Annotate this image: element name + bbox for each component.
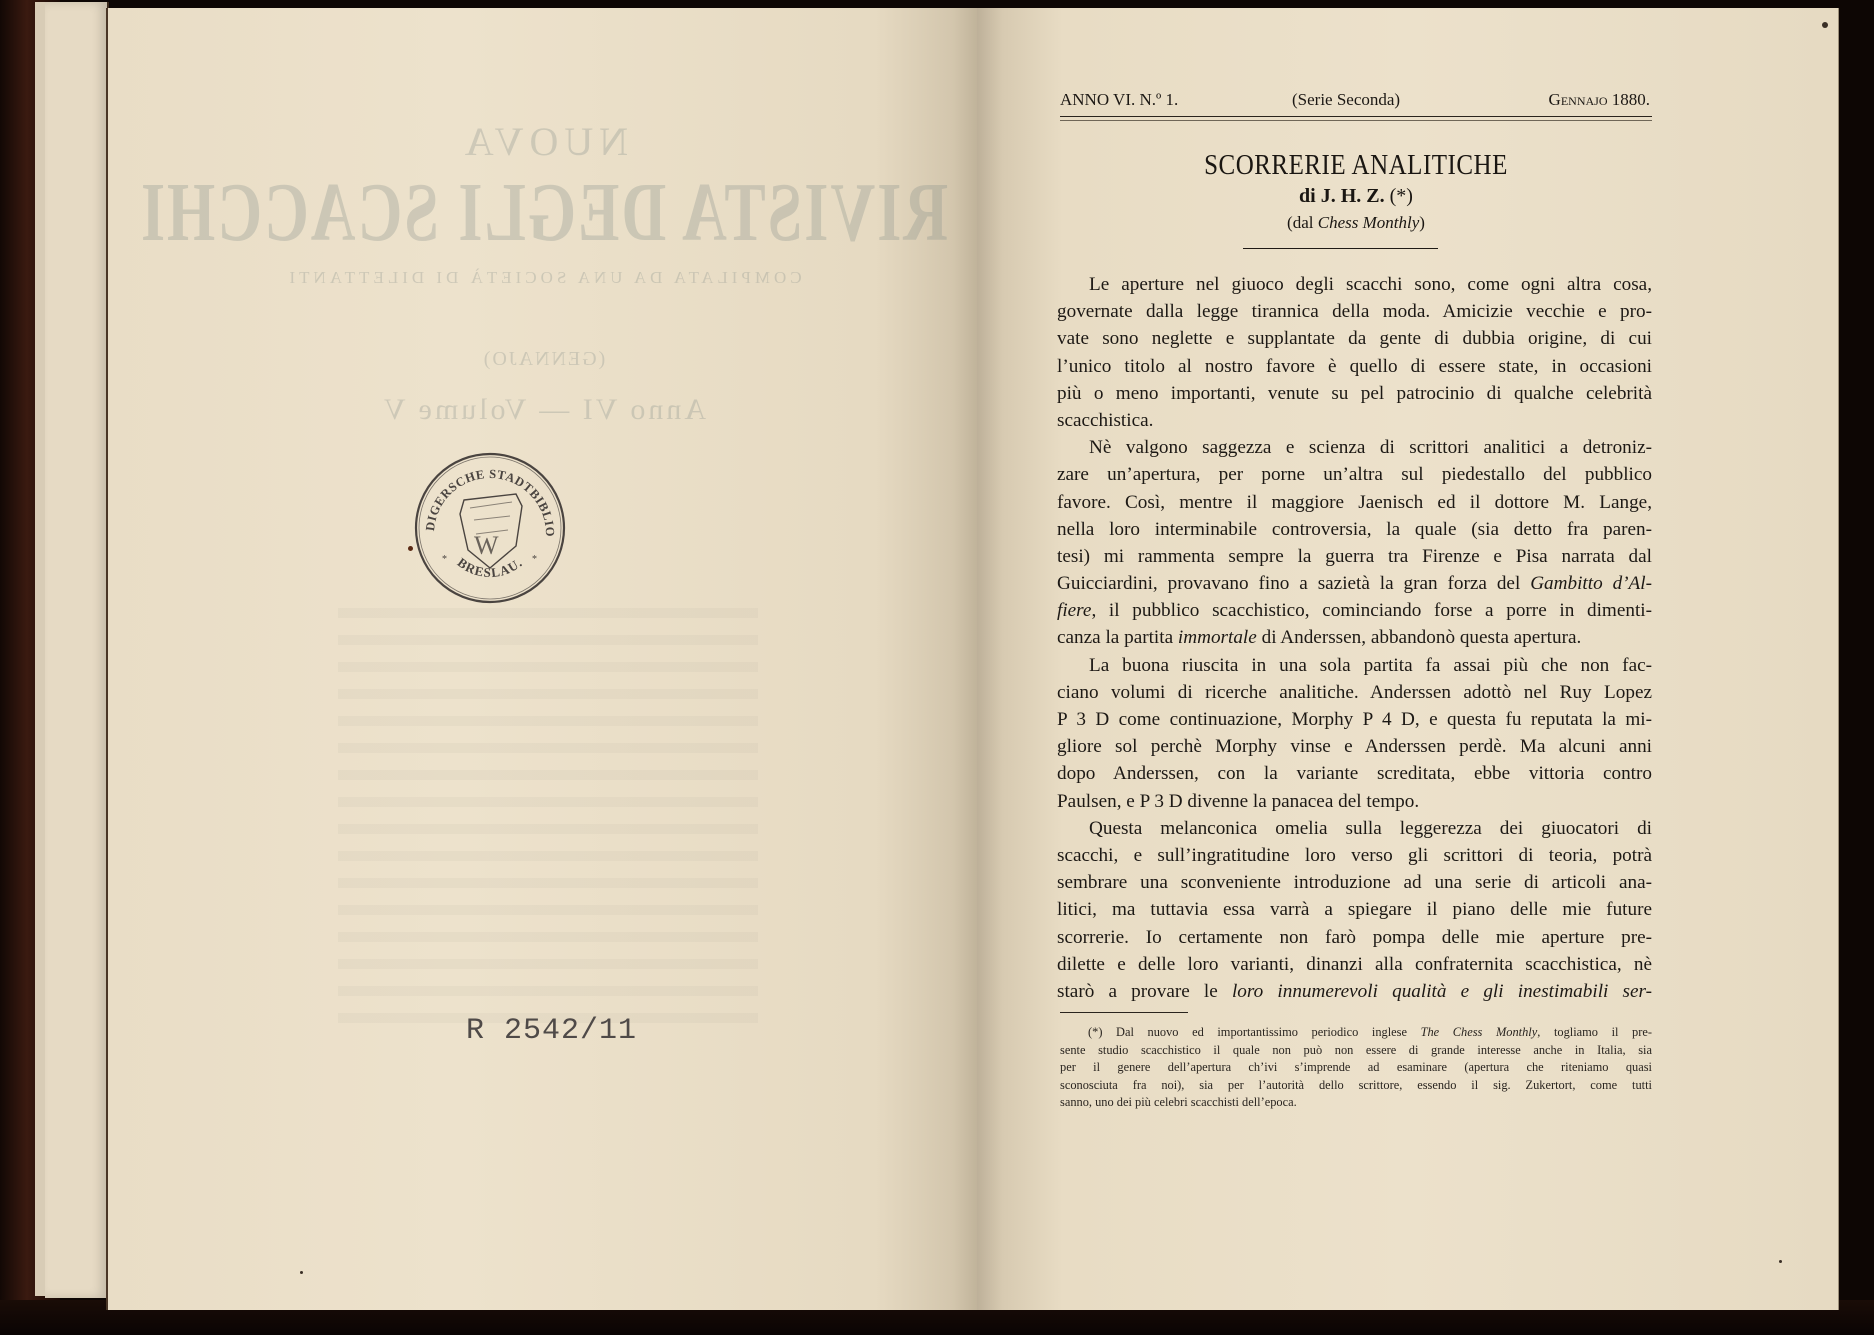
body-line: tesi) mi rammenta sempre la guerra tra F… [1057,543,1652,570]
show-through-line: COMPILATA DA UNA SOCIETÀ DI DILETTANTI [108,268,979,288]
body-line: l’unico titolo al nostro favore è quello… [1057,353,1652,380]
source-prefix: (dal [1287,213,1318,232]
series-label: (Serie Seconda) [1292,90,1400,110]
paper-speck [300,1271,303,1274]
body-line: scacchistica. [1057,407,1652,434]
paper-speck [1779,1260,1782,1263]
issue-date: Gennajo 1880. [1549,90,1650,110]
body-line: dilette e delle loro varianti, dinanzi a… [1057,951,1652,978]
body-line: zare un’apertura, per porne un’altra sul… [1057,461,1652,488]
show-through-line: Anno VI — Volume V [108,393,979,427]
body-line: starò a provare le loro innumerevoli qua… [1057,978,1652,1005]
header-rule [1060,116,1652,117]
body-italic: loro innumerevoli qualità e gli inestima… [1232,981,1652,1002]
issue-number: ANNO VI. N.º 1. [1060,90,1178,110]
body-text: canza la partita [1057,627,1178,648]
footnote-line: per il genere dell’apertura ch’ivi s’imp… [1060,1059,1652,1077]
body-text: starò a provare le [1057,981,1232,1002]
body-line: litici, ma tuttavia essa varrà a spiegar… [1057,896,1652,923]
svg-text:*: * [442,554,447,565]
show-through-text-block [338,608,758,1038]
article-title: SCORRERIE ANALITICHE [1060,150,1652,181]
footnote-mark: (*) [1390,185,1413,207]
show-through-line: RIVISTA DEGLI SCACCHI [108,166,979,262]
footnote: (*) Dal nuovo ed importantissimo periodi… [1060,1024,1652,1112]
body-line: sembrare una sconveniente introduzione a… [1057,869,1652,896]
body-line: scorrerie. Io certamente non farò pompa … [1057,924,1652,951]
body-text: di Anderssen, abbandonò questa apertura. [1257,627,1582,648]
library-stamp: V. REHDIGERSCHE STADTBIBLIOTHEK BRESLAU.… [412,450,568,606]
body-line: favore. Così, mentre il maggiore Jaenisc… [1057,489,1652,516]
svg-text:*: * [532,554,537,565]
body-line: Nè valgono saggezza e scienza di scritto… [1057,434,1652,461]
header-rule [1060,120,1652,121]
svg-text:V. REHDIGERSCHE STADTBIBLIOTHE: V. REHDIGERSCHE STADTBIBLIOTHEK [412,450,557,537]
footnote-line: sconosciuta fra noi), sia per l’autorità… [1060,1077,1652,1095]
flyleaf [45,2,109,1298]
body-line: governate dalla legge tirannica della mo… [1057,298,1652,325]
body-line: nella loro interminabile controversia, l… [1057,516,1652,543]
body-line: canza la partita immortale di Anderssen,… [1057,624,1652,651]
svg-text:W: W [474,531,499,560]
source-publication: Chess Monthly [1318,213,1420,232]
call-number: R 2542/11 [466,1014,637,1048]
article-body: Le aperture nel giuoco degli scacchi son… [1057,271,1652,1005]
paper-speck [1822,22,1828,28]
body-italic: immortale [1178,627,1257,648]
body-line: Paulsen, e P 3 D divenne la panacea del … [1057,788,1652,815]
source-suffix: ) [1419,213,1425,232]
footnote-line: sente studio scacchistico il quale non p… [1060,1042,1652,1060]
body-line: Questa melanconica omelia sulla leggerez… [1057,815,1652,842]
body-line: P 3 D come continuazione, Morphy P 4 D, … [1057,706,1652,733]
title-rule [1243,248,1438,249]
body-line: Guicciardini, provavano fino a sazietà l… [1057,570,1652,597]
body-italic: fiere [1057,600,1091,621]
body-italic: Gambitto d’Al- [1530,573,1652,594]
article-source: (dal Chess Monthly) [1060,213,1652,233]
body-line: ciano volumi di ricerche analitiche. And… [1057,679,1652,706]
footnote-text: , togliamo il pre- [1537,1025,1652,1039]
body-line: dopo Anderssen, con la variante scredita… [1057,760,1652,787]
footnote-line: sanno, uno dei più celebri scacchisti de… [1060,1094,1652,1112]
body-line: fiere, il pubblico scacchistico, cominci… [1057,597,1652,624]
stamp-top-text: V. REHDIGERSCHE STADTBIBLIOTHEK [412,450,557,537]
body-line: La buona riuscita in una sola partita fa… [1057,652,1652,679]
body-line: Le aperture nel giuoco degli scacchi son… [1057,271,1652,298]
footnote-line: (*) Dal nuovo ed importantissimo periodi… [1060,1024,1652,1042]
library-stamp-icon: V. REHDIGERSCHE STADTBIBLIOTHEK BRESLAU.… [412,450,568,606]
running-head: ANNO VI. N.º 1. (Serie Seconda) Gennajo … [1060,90,1650,112]
show-through-line: NUOVA [108,118,979,165]
footnote-rule [1060,1012,1188,1013]
footnote-italic: The Chess Monthly [1421,1025,1538,1039]
left-page: NUOVA RIVISTA DEGLI SCACCHI COMPILATA DA… [106,8,979,1310]
body-line: gliore sol perchè Morphy vinse e Anderss… [1057,733,1652,760]
paper-speck [408,546,413,551]
body-text: , il pubblico scacchistico, cominciando … [1091,600,1652,621]
body-text: Guicciardini, provavano fino a sazietà l… [1057,573,1530,594]
body-line: più o meno importanti, venute su pel pat… [1057,380,1652,407]
body-line: vate sono neglette e supplantate da gent… [1057,325,1652,352]
show-through-line: (GENNAJO) [108,348,979,371]
author: di J. H. Z. [1299,185,1385,207]
body-line: scacchi, e sull’ingratitudine loro verso… [1057,842,1652,869]
footnote-text: (*) Dal nuovo ed importantissimo periodi… [1088,1025,1421,1039]
article-byline: di J. H. Z. (*) [1060,185,1652,208]
